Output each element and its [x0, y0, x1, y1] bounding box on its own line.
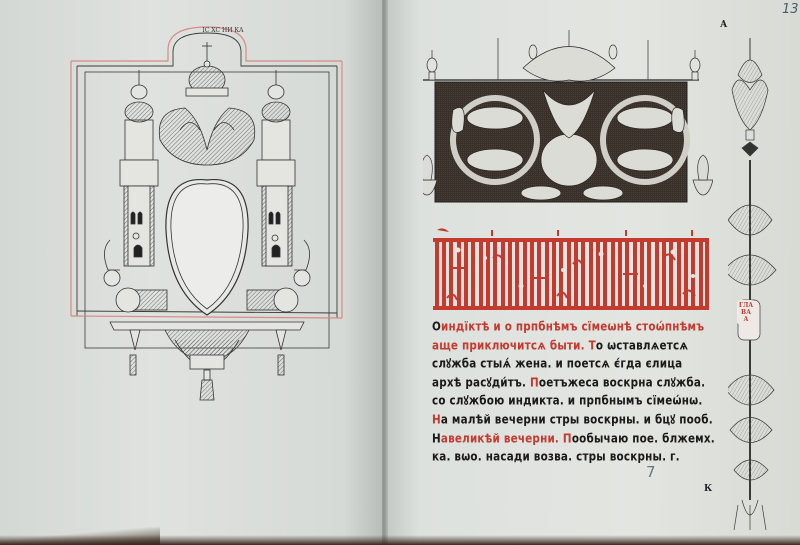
frame-top-inscription: IС ХС НИ КА	[193, 27, 253, 34]
margin-label-line-2: ВА	[737, 309, 755, 316]
vine-border-ornament	[728, 30, 784, 530]
quire-signature-top: А	[720, 20, 727, 30]
folio-number: 13	[782, 2, 799, 17]
manuscript-spread: IС ХС НИ КА 13 А	[0, 0, 800, 545]
architectural-cartouche-engraving	[0, 0, 382, 545]
quire-signature-bottom: К	[704, 484, 712, 494]
text-line-8: ка. вѡо. насади возва. стры воскрны. г.	[432, 447, 722, 468]
margin-label-line-1: ГЛА	[737, 302, 755, 309]
book-bottom-edge	[0, 535, 800, 545]
pencil-annotation: 7	[646, 463, 656, 481]
chapter-margin-label: ГЛА ВА А	[737, 300, 755, 325]
margin-label-line-3: А	[737, 316, 755, 323]
manuscript-body-text: Оиндїктѣ и о прпбнѣмъ сїмеѡнѣ стоѡ́пнѣмъ…	[432, 318, 722, 467]
ornamental-headpiece	[423, 30, 713, 205]
vyaz-title-ornament	[433, 228, 709, 312]
